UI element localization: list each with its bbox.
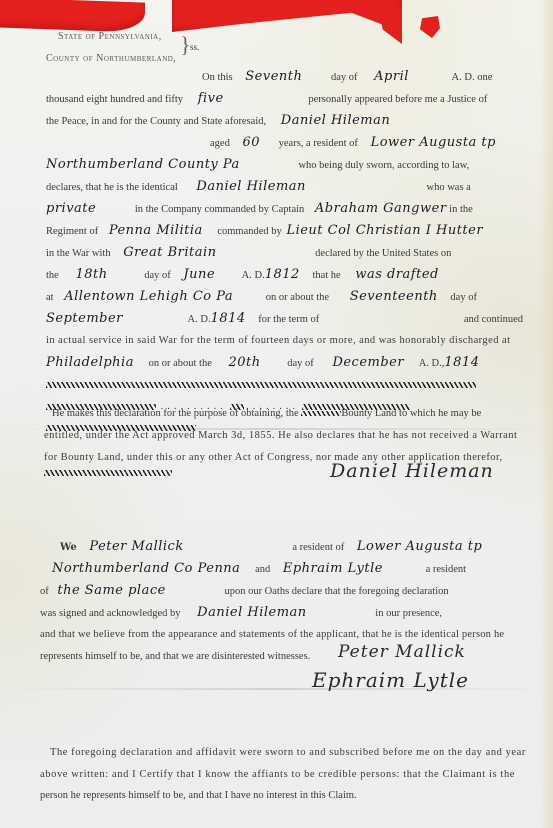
- witness-2-residence-field: the Same place: [57, 583, 165, 598]
- witness-2-signature: Ephraim Lytle: [312, 668, 469, 692]
- ss-label: ss.: [190, 40, 199, 54]
- war-day-field: 18th: [75, 267, 107, 282]
- decl-line-5: Northumberland County Pa who being duly …: [46, 158, 469, 173]
- discharge-year-field: 1814: [444, 355, 479, 370]
- witness-line-5: and that we believe from the appearance …: [40, 628, 504, 642]
- decl-line-3: the Peace, in and for the County and Sta…: [46, 114, 390, 129]
- red-ribbon-scrap: [420, 16, 440, 38]
- brace: }: [180, 34, 191, 56]
- war-with-field: Great Britain: [123, 245, 216, 260]
- strikethrough-scribble: [301, 411, 341, 416]
- purpose-line-a: He makes this declaration for the purpos…: [52, 407, 481, 421]
- witness-line-4: was signed and acknowledged by Daniel Hi…: [40, 606, 442, 621]
- decl-line-9: in the War with Great Britain declared b…: [46, 246, 451, 261]
- decl-line-10: the 18th day of June A. D.1812 that he w…: [46, 268, 439, 283]
- witness-1-residence-field: Lower Augusta tp: [357, 539, 482, 554]
- decl-line-7: private in the Company commanded by Capt…: [46, 202, 473, 217]
- discharge-month-field: December: [332, 355, 404, 370]
- declarant-signature: Daniel Hileman: [330, 460, 494, 482]
- residence-field: Lower Augusta tp: [371, 135, 496, 150]
- enlist-day-field: Seventeenth: [350, 289, 438, 304]
- state-heading: State of Pennsylvania,: [58, 30, 162, 44]
- witness-1-residence-field-2: Northumberland Co Penna: [52, 561, 240, 576]
- month-field: April: [374, 69, 409, 84]
- red-ribbon: [0, 0, 145, 33]
- enlist-year-field: 1814: [211, 311, 246, 326]
- decl-line-11: at Allentown Lehigh Co Pa on or about th…: [46, 290, 477, 305]
- decl-line-12: September A. D.1814 for the term of and …: [46, 312, 523, 327]
- age-field: 60: [242, 135, 260, 150]
- witness-1-signature: Peter Mallick: [338, 642, 466, 662]
- enlist-month-field: September: [46, 311, 123, 326]
- place-enlisted-field: Allentown Lehigh Co Pa: [64, 289, 233, 304]
- document-page: State of Pennsylvania, County of Northum…: [0, 0, 553, 828]
- witness-2-name-field: Ephraim Lytle: [283, 561, 383, 576]
- certification-line-1: The foregoing declaration and affidavit …: [50, 746, 526, 760]
- residence-field-2: Northumberland County Pa: [46, 157, 240, 172]
- purpose-line-b: entitled, under the Act approved March 3…: [44, 429, 517, 443]
- commander-field: Lieut Col Christian I Hutter: [286, 223, 483, 238]
- decl-line-8: Regiment of Penna Militia commanded by L…: [46, 224, 483, 239]
- paper-edge-stain: [539, 0, 553, 828]
- service-how-field: was drafted: [355, 267, 439, 282]
- witness-line-2: Northumberland Co Penna and Ephraim Lytl…: [52, 562, 466, 577]
- certification-line-3: person he represents himself to be, and …: [40, 789, 357, 803]
- witness-line-6: represents himself to be, and that we ar…: [40, 650, 310, 664]
- strikethrough-scribble: [46, 382, 476, 388]
- declarant-name-field: Daniel Hileman: [281, 113, 390, 128]
- struck-line-1: [46, 378, 476, 392]
- red-ribbon: [172, 0, 402, 32]
- acknowledged-by-field: Daniel Hileman: [197, 605, 306, 620]
- paper-fold: [0, 688, 553, 690]
- day-field: Seventh: [245, 69, 302, 84]
- rank-field: private: [46, 201, 96, 216]
- identical-name-field: Daniel Hileman: [196, 179, 305, 194]
- year-field: five: [198, 91, 224, 106]
- captain-field: Abraham Gangwer: [315, 201, 447, 216]
- decl-line-2: thousand eight hundred and fifty five pe…: [46, 92, 487, 107]
- witness-line-3: of the Same place upon our Oaths declare…: [40, 584, 449, 599]
- discharge-place-field: Philadelphia: [46, 355, 134, 370]
- decl-line-1: On this Seventh day of April A. D. one: [202, 70, 492, 85]
- county-heading: County of Northumberland,: [46, 52, 176, 66]
- witness-line-1: We Peter Mallick a resident of Lower Aug…: [60, 540, 482, 555]
- regiment-field: Penna Militia: [109, 223, 203, 238]
- witness-1-name-field: Peter Mallick: [89, 539, 183, 554]
- war-year-field: 1812: [265, 267, 300, 282]
- certification-line-2: above written: and I Certify that I know…: [40, 768, 515, 782]
- purpose-line-d: [44, 466, 172, 480]
- strikethrough-scribble: [44, 470, 172, 476]
- decl-line-14: Philadelphia on or about the 20th day of…: [46, 356, 479, 371]
- discharge-day-field: 20th: [229, 355, 261, 370]
- decl-line-4: aged 60 years, a resident of Lower Augus…: [210, 136, 496, 151]
- red-ribbon-tail: [378, 8, 402, 44]
- decl-line-6: declares, that he is the identical Danie…: [46, 180, 471, 195]
- war-month-field: June: [183, 267, 215, 282]
- decl-line-13: in actual service in said War for the te…: [46, 334, 511, 348]
